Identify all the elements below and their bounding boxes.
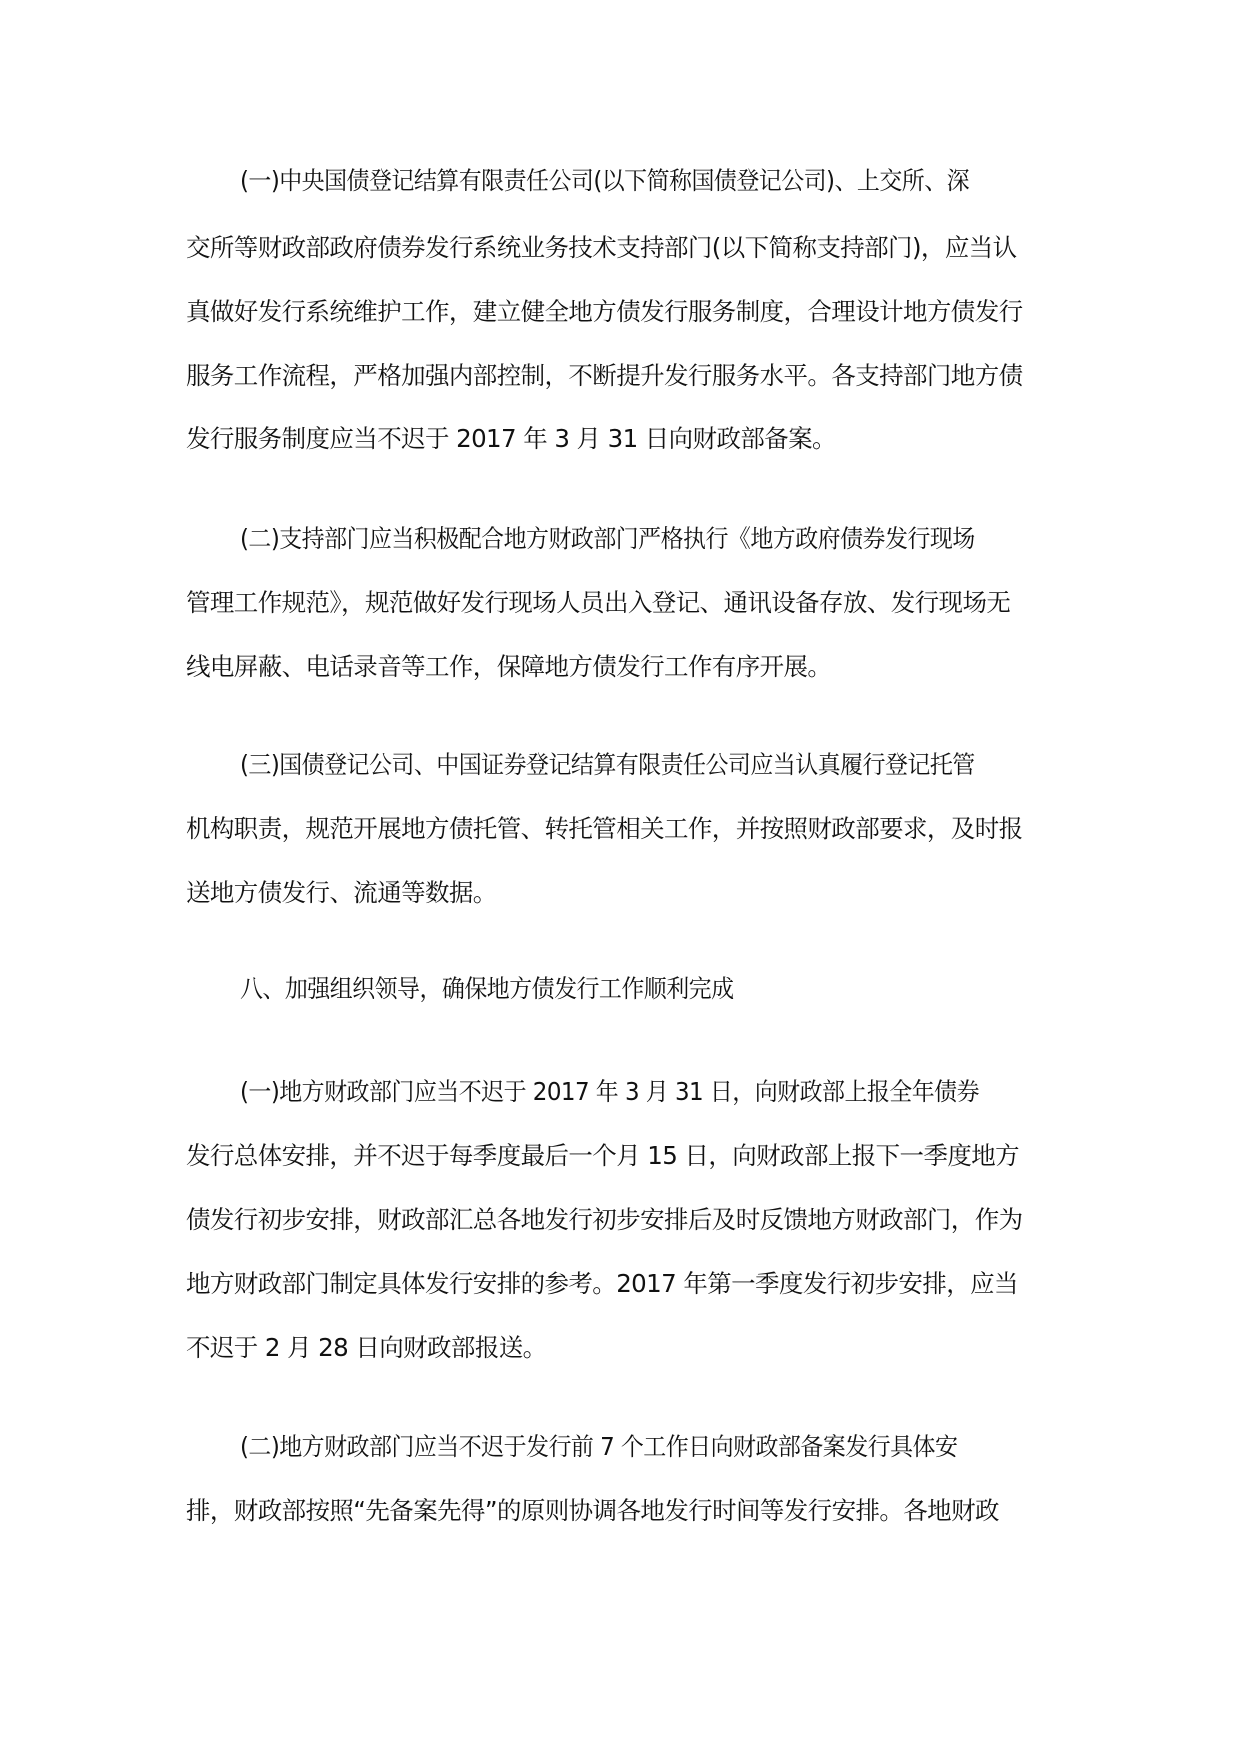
paragraph-line: (二)地方财政部门应当不迟于发行前 7 个工作日向财政部备案发行具体安 <box>240 1429 1066 1465</box>
paragraph-line: 地方财政部门制定具体发行安排的参考。2017 年第一季度发行初步安排，应当 <box>186 1266 1066 1302</box>
paragraph-line: 送地方债发行、流通等数据。 <box>186 875 1066 911</box>
paragraph-line: 线电屏蔽、电话录音等工作，保障地方债发行工作有序开展。 <box>186 649 1066 685</box>
paragraph-line: (二)支持部门应当积极配合地方财政部门严格执行《地方政府债券发行现场 <box>240 521 1066 557</box>
paragraph-line: 不迟于 2 月 28 日向财政部报送。 <box>186 1330 1066 1366</box>
section-heading-text: 八、加强组织领导，确保地方债发行工作顺利完成 <box>240 971 1066 1007</box>
paragraph-line: 服务工作流程，严格加强内部控制，不断提升发行服务水平。各支持部门地方债 <box>186 358 1066 394</box>
paragraph-line: (三)国债登记公司、中国证券登记结算有限责任公司应当认真履行登记托管 <box>240 747 1066 783</box>
paragraph-line: 管理工作规范》，规范做好发行现场人员出入登记、通讯设备存放、发行现场无 <box>186 585 1066 621</box>
paragraph-line: (一)中央国债登记结算有限责任公司(以下简称国债登记公司)、上交所、深 <box>240 163 1066 199</box>
paragraph-line: 交所等财政部政府债券发行系统业务技术支持部门(以下简称支持部门)，应当认 <box>186 230 1066 266</box>
paragraph-line: (一)地方财政部门应当不迟于 2017 年 3 月 31 日，向财政部上报全年债… <box>240 1074 1066 1110</box>
paragraph-line: 机构职责，规范开展地方债托管、转托管相关工作，并按照财政部要求，及时报 <box>186 811 1066 847</box>
paragraph-line: 债发行初步安排，财政部汇总各地发行初步安排后及时反馈地方财政部门，作为 <box>186 1202 1066 1238</box>
paragraph-line: 真做好发行系统维护工作，建立健全地方债发行服务制度，合理设计地方债发行 <box>186 294 1066 330</box>
paragraph-line: 发行服务制度应当不迟于 2017 年 3 月 31 日向财政部备案。 <box>186 421 1066 457</box>
document-page: (一)中央国债登记结算有限责任公司(以下简称国债登记公司)、上交所、深 交所等财… <box>0 0 1241 1754</box>
paragraph-line: 排，财政部按照“先备案先得”的原则协调各地发行时间等发行安排。各地财政 <box>186 1493 1066 1529</box>
paragraph-line: 发行总体安排，并不迟于每季度最后一个月 15 日，向财政部上报下一季度地方 <box>186 1138 1066 1174</box>
